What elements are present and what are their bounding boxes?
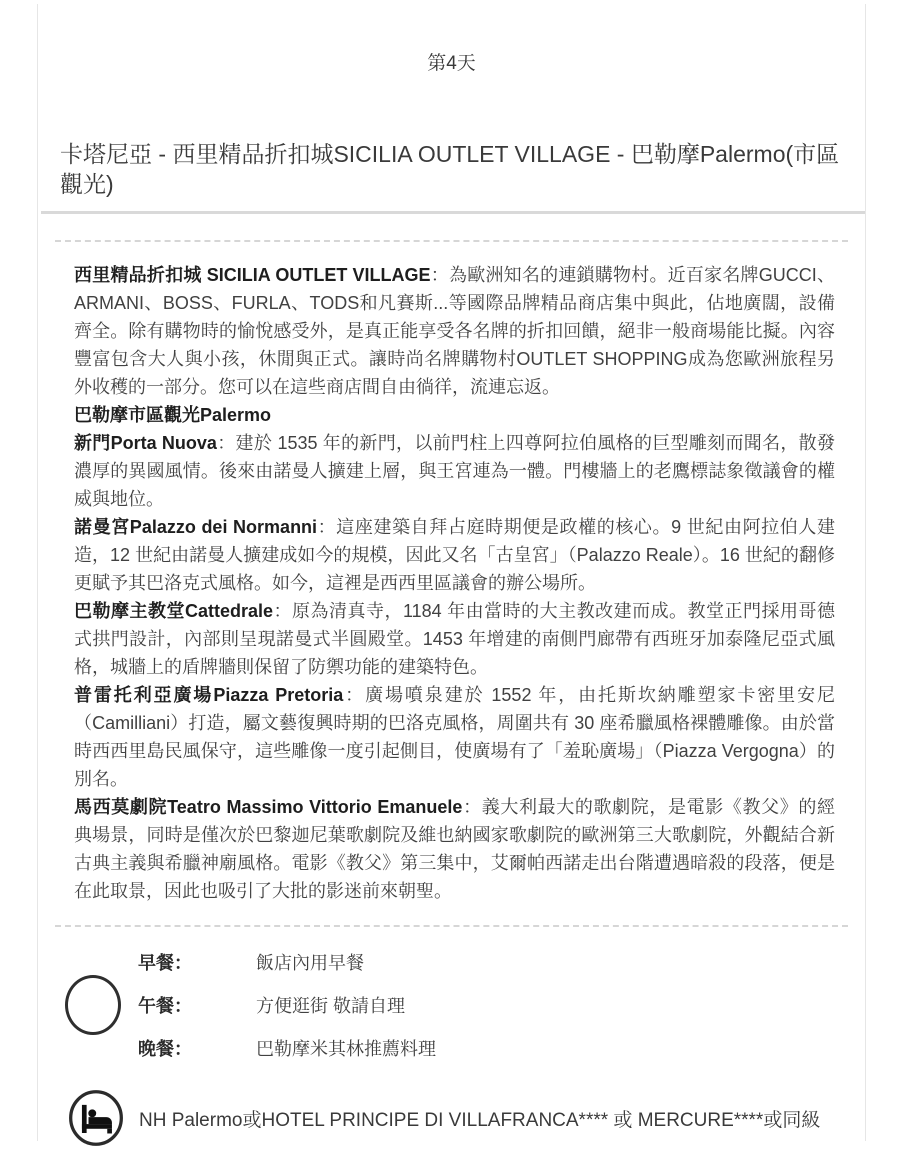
lunch-row: 午餐： 方便逛街 敬請自理 <box>138 983 865 1026</box>
paragraph-porta-nuova: 新門Porta Nuova：建於 1535 年的新門，以前門柱上四尊阿拉伯風格的… <box>74 429 835 513</box>
bed-icon <box>66 1087 126 1141</box>
dashed-divider-top <box>55 240 848 242</box>
dashed-divider-meals <box>55 925 848 927</box>
breakfast-label: 早餐： <box>138 949 256 975</box>
paragraph-heading: 西里精品折扣城 SICILIA OUTLET VILLAGE <box>74 265 431 285</box>
hotel-name: NH Palermo或HOTEL PRINCIPE DI VILLAFRANCA… <box>139 1105 820 1132</box>
paragraph-cattedrale: 巴勒摩主教堂Cattedrale：原為清真寺，1184 年由當時的大主教改建而成… <box>74 597 835 681</box>
page-title: 卡塔尼亞 - 西里精品折扣城SICILIA OUTLET VILLAGE - 巴… <box>60 139 843 199</box>
breakfast-row: 早餐： 飯店內用早餐 <box>138 940 865 983</box>
lunch-label: 午餐： <box>138 992 256 1018</box>
dinner-value: 巴勒摩米其林推薦料理 <box>256 1035 436 1061</box>
itinerary-card: 第4天 卡塔尼亞 - 西里精品折扣城SICILIA OUTLET VILLAGE… <box>37 4 866 1141</box>
paragraph-heading: 諾曼宮Palazzo dei Normanni <box>74 517 317 537</box>
day-heading: 第4天 <box>38 4 865 75</box>
meal-rows: 早餐： 飯店內用早餐 午餐： 方便逛街 敬請自理 晚餐： 巴勒摩米其林推薦料理 <box>138 940 865 1069</box>
paragraph-heading: 馬西莫劇院Teatro Massimo Vittorio Emanuele <box>74 797 462 817</box>
meal-circle-icon <box>65 975 121 1035</box>
hotel-section: NH Palermo或HOTEL PRINCIPE DI VILLAFRANCA… <box>38 1087 865 1141</box>
dinner-row: 晚餐： 巴勒摩米其林推薦料理 <box>138 1026 865 1069</box>
paragraph-outlet-village: 西里精品折扣城 SICILIA OUTLET VILLAGE：為歐洲知名的連鎖購… <box>74 261 835 401</box>
solid-divider <box>41 211 865 214</box>
paragraph-palazzo-normanni: 諾曼宮Palazzo dei Normanni：這座建築自拜占庭時期便是政權的核… <box>74 513 835 597</box>
paragraph-teatro-massimo: 馬西莫劇院Teatro Massimo Vittorio Emanuele：義大… <box>74 793 835 905</box>
itinerary-description: 西里精品折扣城 SICILIA OUTLET VILLAGE：為歐洲知名的連鎖購… <box>38 261 865 905</box>
meals-section: 早餐： 飯店內用早餐 午餐： 方便逛街 敬請自理 晚餐： 巴勒摩米其林推薦料理 <box>38 940 865 1069</box>
paragraph-heading: 普雷托利亞廣場Piazza Pretoria <box>74 685 343 705</box>
paragraph-heading: 巴勒摩市區觀光Palermo <box>74 405 271 425</box>
paragraph-heading: 巴勒摩主教堂Cattedrale <box>74 601 273 621</box>
lunch-value: 方便逛街 敬請自理 <box>256 992 405 1018</box>
dinner-label: 晚餐： <box>138 1035 256 1061</box>
paragraph-piazza-pretoria: 普雷托利亞廣場Piazza Pretoria：廣場噴泉建於 1552 年，由托斯… <box>74 681 835 793</box>
paragraph-heading: 新門Porta Nuova <box>74 433 217 453</box>
paragraph-palermo-sightseeing: 巴勒摩市區觀光Palermo <box>74 401 835 429</box>
breakfast-value: 飯店內用早餐 <box>256 949 364 975</box>
